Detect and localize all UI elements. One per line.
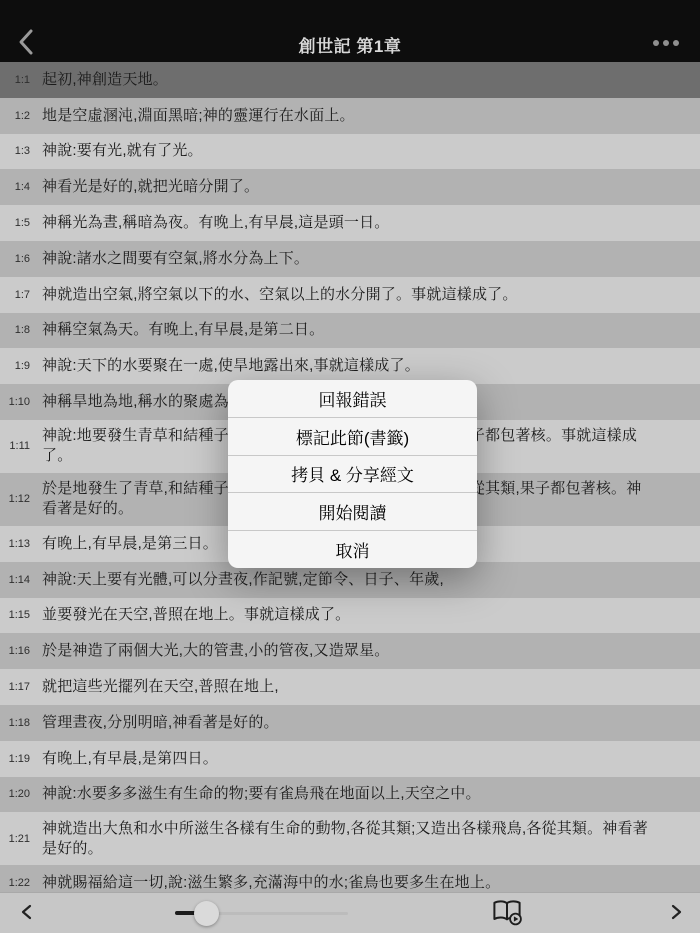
book-play-icon	[491, 898, 523, 929]
verse-text: 神就造出空氣,將空氣以下的水、空氣以上的水分開了。事就這樣成了。	[42, 285, 700, 305]
verse-number: 1:17	[0, 681, 30, 693]
verse-text: 管理晝夜,分別明暗,神看著是好的。	[42, 713, 700, 733]
verse-row[interactable]: 1:21 神就造出大魚和水中所滋生各樣有生命的動物,各從其類;又造出各樣飛鳥,各…	[0, 812, 700, 865]
next-chapter-button[interactable]	[654, 893, 698, 933]
verse-row[interactable]: 1:19 有晚上,有早晨,是第四日。	[0, 741, 700, 777]
verse-number: 1:8	[0, 324, 30, 336]
verse-row[interactable]: 1:1 起初,神創造天地。	[0, 62, 700, 98]
verse-row[interactable]: 1:7 神就造出空氣,將空氣以下的水、空氣以上的水分開了。事就這樣成了。	[0, 277, 700, 313]
verse-row[interactable]: 1:3 神說:要有光,就有了光。	[0, 134, 700, 170]
verse-text: 神說:天下的水要聚在一處,使旱地露出來,事就這樣成了。	[42, 356, 700, 376]
verse-row[interactable]: 1:17 就把這些光擺列在天空,普照在地上,	[0, 669, 700, 705]
verse-text: 神稱光為晝,稱暗為夜。有晚上,有早晨,這是頭一日。	[42, 213, 700, 233]
page-title: 創世記 第1章	[0, 32, 700, 57]
ellipsis-icon	[653, 40, 659, 46]
verse-number: 1:2	[0, 110, 30, 122]
verse-row[interactable]: 1:4 神看光是好的,就把光暗分開了。	[0, 169, 700, 205]
bottom-toolbar	[0, 892, 700, 933]
menu-item-cancel[interactable]: 取消	[228, 530, 477, 568]
verse-number: 1:14	[0, 574, 30, 586]
verse-number: 1:19	[0, 753, 30, 765]
verse-row[interactable]: 1:15 並要發光在天空,普照在地上。事就這樣成了。	[0, 598, 700, 634]
verse-text: 神說:水要多多滋生有生命的物;要有雀鳥飛在地面以上,天空之中。	[42, 784, 700, 804]
verse-number: 1:5	[0, 217, 30, 229]
verse-text: 有晚上,有早晨,是第四日。	[42, 749, 700, 769]
verse-text: 神說:要有光,就有了光。	[42, 141, 700, 161]
chevron-left-icon	[21, 904, 32, 923]
verse-row[interactable]: 1:2 地是空虛溷沌,淵面黑暗;神的靈運行在水面上。	[0, 98, 700, 134]
menu-item-bookmark[interactable]: 標記此節(書籤)	[228, 417, 477, 455]
verse-action-menu: 回報錯誤 標記此節(書籤) 拷貝 & 分享經文 開始閱讀 取消	[228, 380, 477, 568]
verse-number: 1:20	[0, 788, 30, 800]
verse-row[interactable]: 1:6 神說:諸水之間要有空氣,將水分為上下。	[0, 241, 700, 277]
menu-item-report-error[interactable]: 回報錯誤	[228, 380, 477, 417]
verse-text: 神說:諸水之間要有空氣,將水分為上下。	[42, 249, 700, 269]
verse-number: 1:22	[0, 877, 30, 889]
verse-text: 就把這些光擺列在天空,普照在地上,	[42, 677, 700, 697]
verse-text: 並要發光在天空,普照在地上。事就這樣成了。	[42, 605, 700, 625]
chevron-right-icon	[671, 904, 682, 923]
audio-bible-button[interactable]	[487, 897, 527, 929]
menu-item-copy-share[interactable]: 拷貝 & 分享經文	[228, 455, 477, 493]
verse-number: 1:21	[0, 833, 30, 845]
verse-number: 1:10	[0, 396, 30, 408]
verse-row[interactable]: 1:18 管理晝夜,分別明暗,神看著是好的。	[0, 705, 700, 741]
verse-text: 神就賜福給這一切,說:滋生繁多,充滿海中的水;雀鳥也要多生在地上。	[42, 873, 700, 893]
verse-number: 1:12	[0, 493, 30, 505]
verse-number: 1:1	[0, 74, 30, 86]
verse-number: 1:16	[0, 645, 30, 657]
verse-row[interactable]: 1:20 神說:水要多多滋生有生命的物;要有雀鳥飛在地面以上,天空之中。	[0, 777, 700, 813]
verse-number: 1:18	[0, 717, 30, 729]
verse-row[interactable]: 1:16 於是神造了兩個大光,大的管晝,小的管夜,又造眾星。	[0, 633, 700, 669]
verse-text: 神說:天上要有光體,可以分晝夜,作記號,定節令、日子、年歲,	[42, 570, 700, 590]
header: 創世記 第1章	[0, 0, 700, 62]
verse-number: 1:13	[0, 538, 30, 550]
menu-item-start-reading[interactable]: 開始閱讀	[228, 492, 477, 530]
verse-text: 地是空虛溷沌,淵面黑暗;神的靈運行在水面上。	[42, 106, 700, 126]
verse-number: 1:6	[0, 253, 30, 265]
app-screen: 創世記 第1章 1:1 起初,神創造天地。 1:2 地是空虛溷沌,淵面黑暗;神的…	[0, 0, 700, 933]
verse-number: 1:3	[0, 145, 30, 157]
verse-text: 神就造出大魚和水中所滋生各樣有生命的動物,各從其類;又造出各樣飛鳥,各從其類。神…	[42, 819, 700, 859]
verse-row[interactable]: 1:8 神稱空氣為天。有晚上,有早晨,是第二日。	[0, 313, 700, 349]
verse-text: 起初,神創造天地。	[42, 70, 700, 90]
prev-chapter-button[interactable]	[4, 893, 48, 933]
verse-row[interactable]: 1:9 神說:天下的水要聚在一處,使旱地露出來,事就這樣成了。	[0, 348, 700, 384]
verse-text: 於是神造了兩個大光,大的管晝,小的管夜,又造眾星。	[42, 641, 700, 661]
more-button[interactable]	[646, 30, 686, 56]
verse-text: 神稱空氣為天。有晚上,有早晨,是第二日。	[42, 320, 700, 340]
verse-number: 1:4	[0, 181, 30, 193]
verse-text: 神看光是好的,就把光暗分開了。	[42, 177, 700, 197]
verse-number: 1:7	[0, 289, 30, 301]
slider-thumb[interactable]	[194, 901, 219, 926]
verse-number: 1:15	[0, 609, 30, 621]
verse-number: 1:11	[0, 440, 30, 452]
page-slider[interactable]	[175, 893, 348, 933]
verse-number: 1:9	[0, 360, 30, 372]
verse-row[interactable]: 1:5 神稱光為晝,稱暗為夜。有晚上,有早晨,這是頭一日。	[0, 205, 700, 241]
